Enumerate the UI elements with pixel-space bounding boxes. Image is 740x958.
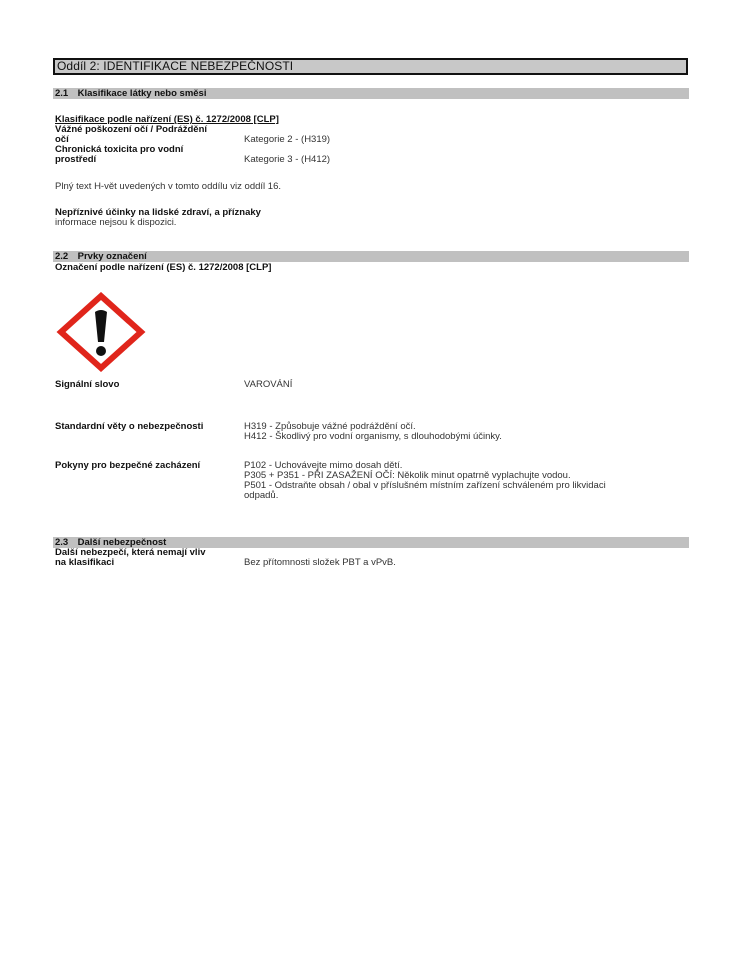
hazard-statements-label: Standardní věty o nebezpečnosti [55,422,203,432]
exclamation-mark-hazard-icon [55,292,147,372]
full-text-note: Plný text H-vět uvedených v tomto oddílu… [55,182,281,192]
labelling-regulation-heading: Označení podle nařízení (ES) č. 1272/200… [55,263,271,273]
classification-value-1: Kategorie 2 - (H319) [244,135,684,145]
section-bar-2-1: 2.1 Klasifikace látky nebo směsi [53,88,689,99]
section-number: 2.1 [55,88,75,99]
hazard-statements: H319 - Způsobuje vážné podráždění očí. H… [244,422,684,442]
precautionary-statement: P501 - Odstraňte obsah / obal v příslušn… [244,481,684,491]
precautionary-statement: odpadů. [244,491,684,501]
section-number: 2.2 [55,251,75,262]
precautionary-statements-label: Pokyny pro bezpečné zacházení [55,461,200,471]
classification-label-1: Vážné poškození očí / Podráždění očí [55,125,240,145]
signal-word-label: Signální slovo [55,380,119,390]
other-hazards-value: Bez přítomnosti složek PBT a vPvB. [244,558,684,568]
adverse-effects-text: informace nejsou k dispozici. [55,218,176,228]
other-hazards-label: Další nebezpečí, která nemají vliv na kl… [55,548,240,568]
hazard-statement: H412 - Škodlivý pro vodní organismy, s d… [244,432,684,442]
classification-label-2: Chronická toxicita pro vodní prostředí [55,145,240,165]
section-title: Prvky označení [78,251,147,262]
section-header: Oddíl 2: IDENTIFIKACE NEBEZPEČNOSTI [53,58,688,75]
section-title: Klasifikace látky nebo směsi [78,88,207,99]
section-bar-2-2: 2.2 Prvky označení [53,251,689,262]
precautionary-statements: P102 - Uchovávejte mimo dosah dětí. P305… [244,461,684,501]
signal-word: VAROVÁNÍ [244,380,292,390]
classification-value-2: Kategorie 3 - (H412) [244,155,684,165]
